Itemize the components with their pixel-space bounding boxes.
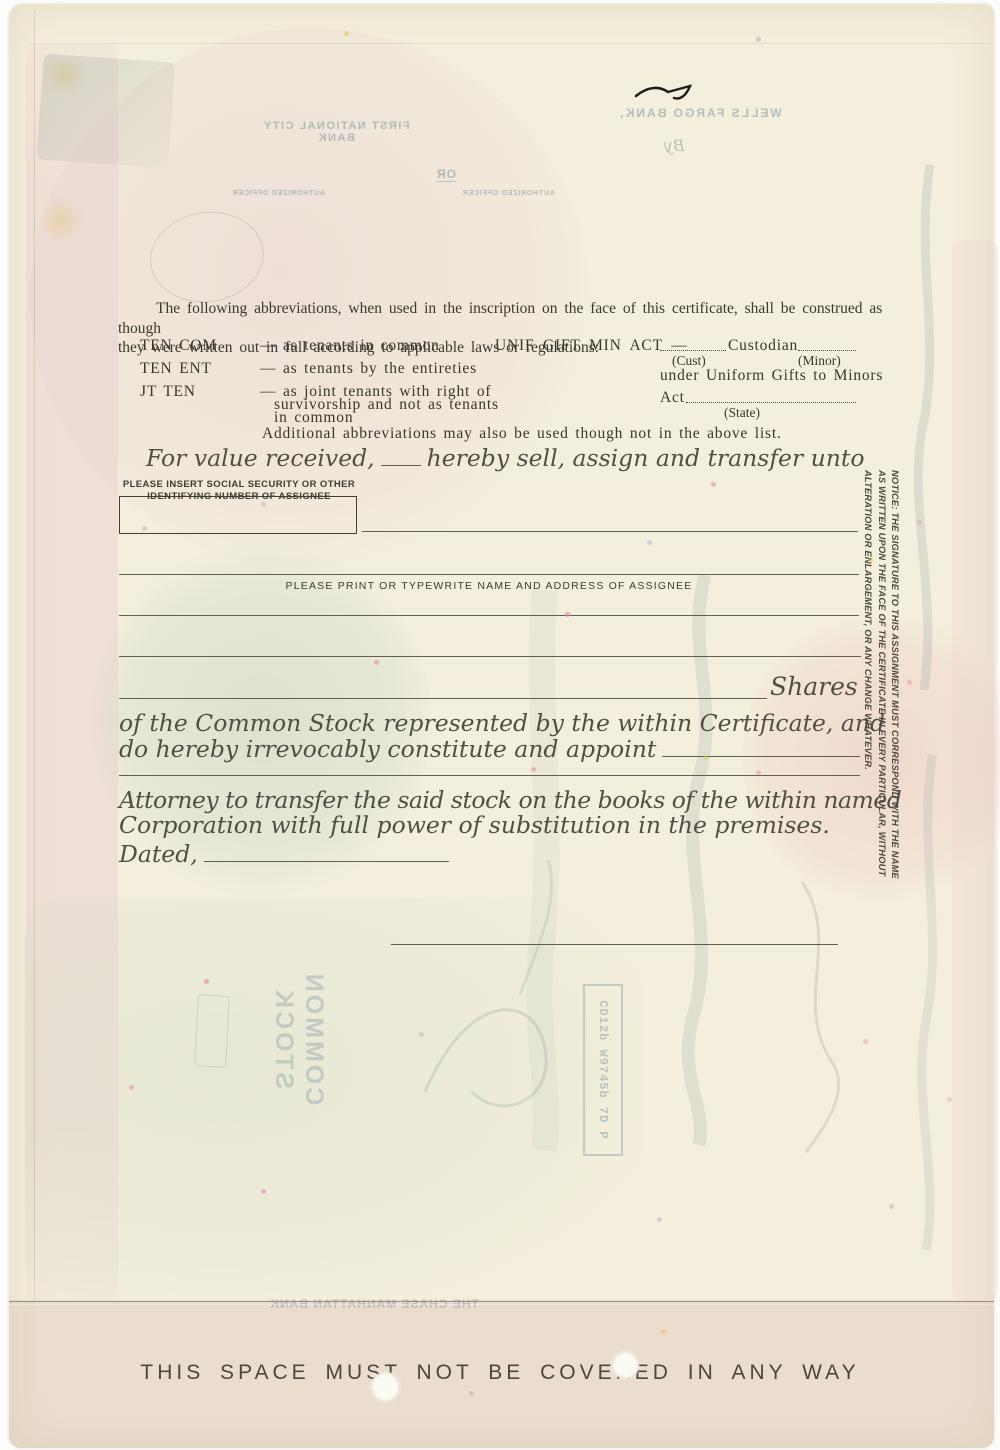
showthrough-cusip-stamp: CD12b W9745b 7D P	[583, 984, 623, 1156]
abbr-jt-ten: JT TEN	[140, 383, 196, 401]
fill-line-3	[119, 615, 859, 616]
attorney-line1: Attorney to transfer the said stock on t…	[119, 786, 901, 814]
under-uniform-gifts: under Uniform Gifts to Minors	[660, 367, 883, 385]
attorney-blank-line	[662, 740, 860, 757]
signature-line	[391, 944, 838, 945]
showthrough-authorized-officer-left: AUTHORIZED OFFICER	[232, 190, 325, 197]
for-value-row: For value received, hereby sell, assign …	[146, 444, 860, 472]
fold-crease-left	[34, 10, 35, 1300]
date-blank-line	[204, 845, 449, 862]
recipient-blank-line	[381, 449, 421, 466]
custodian-word: Custodian	[728, 337, 798, 355]
punch-hole-right	[612, 1351, 639, 1379]
fold-crease-top	[30, 43, 994, 44]
for-value-text: For value received,	[146, 444, 375, 472]
showthrough-common-stock: COMMON STOCK	[269, 953, 329, 1123]
dated-label: Dated,	[119, 840, 198, 868]
showthrough-common-word: COMMON	[299, 953, 329, 1123]
notice-line3: ALTERATION OR ENLARGEMENT, OR ANY CHANGE…	[861, 470, 874, 910]
fill-line-1	[362, 531, 858, 532]
ssn-label-line1: PLEASE INSERT SOCIAL SECURITY OR OTHER	[112, 479, 366, 491]
shares-word: Shares	[770, 672, 858, 701]
abbreviations-intro-line1: The following abbreviations, when used i…	[118, 299, 884, 338]
sell-assign-text: hereby sell, assign and transfer unto	[427, 444, 865, 472]
custodian-leader-left	[660, 336, 726, 351]
attorney-line2: Corporation with full power of substitut…	[119, 811, 830, 839]
abbr-ten-com: TEN COM	[140, 337, 217, 355]
showthrough-by: By	[664, 136, 685, 155]
shares-blank-line	[119, 698, 767, 699]
fill-line-5	[119, 775, 860, 776]
common-stock-line: of the Common Stock represented by the w…	[119, 709, 885, 737]
dated-row: Dated,	[119, 840, 449, 868]
fill-line-2	[119, 574, 859, 575]
fold-crease-bottom	[9, 1301, 994, 1305]
small-stamp-showthrough	[194, 994, 230, 1068]
label-patch-top-left	[36, 54, 175, 169]
ssn-entry-box	[119, 496, 357, 534]
showthrough-authorized-officer-right: AUTHORIZED OFFICER	[462, 190, 555, 197]
ink-mark	[630, 78, 702, 120]
notice-line2: AS WRITTEN UPON THE FACE OF THE CERTIFIC…	[874, 470, 887, 910]
fill-line-4	[119, 656, 861, 657]
certificate-back-scan: WELLS FARGO BANK, FIRST NATIONAL CITY BA…	[0, 0, 1000, 1450]
appoint-row: do hereby irrevocably constitute and app…	[119, 735, 860, 763]
appoint-text: do hereby irrevocably constitute and app…	[119, 735, 656, 763]
showthrough-first-national: FIRST NATIONAL CITY BANK	[242, 120, 430, 144]
footer-warning: THIS SPACE MUST NOT BE COVERED IN ANY WA…	[0, 1361, 1000, 1385]
additional-abbreviations: Additional abbreviations may also be use…	[262, 425, 782, 443]
showthrough-or: OR	[436, 167, 456, 182]
print-typewrite-label: PLEASE PRINT OR TYPEWRITE NAME AND ADDRE…	[119, 580, 859, 592]
abbr-ten-com-def: — as tenants in common	[260, 337, 440, 355]
abbr-ten-ent-def: — as tenants by the entireties	[260, 360, 477, 378]
act-label: Act	[660, 389, 685, 407]
punch-hole-left	[371, 1372, 400, 1402]
showthrough-stock-word: STOCK	[269, 953, 299, 1123]
unif-gift-label: UNIF GIFT MIN ACT —	[495, 337, 688, 355]
custodian-leader-right	[798, 336, 856, 351]
act-leader	[686, 388, 856, 403]
abbr-ten-ent: TEN ENT	[140, 360, 212, 378]
signature-notice: NOTICE: THE SIGNATURE TO THIS ASSIGNMENT…	[861, 470, 901, 910]
state-caption: (State)	[724, 405, 760, 421]
paper-speckles	[0, 0, 3, 3]
notice-line1: NOTICE: THE SIGNATURE TO THIS ASSIGNMENT…	[888, 470, 901, 910]
